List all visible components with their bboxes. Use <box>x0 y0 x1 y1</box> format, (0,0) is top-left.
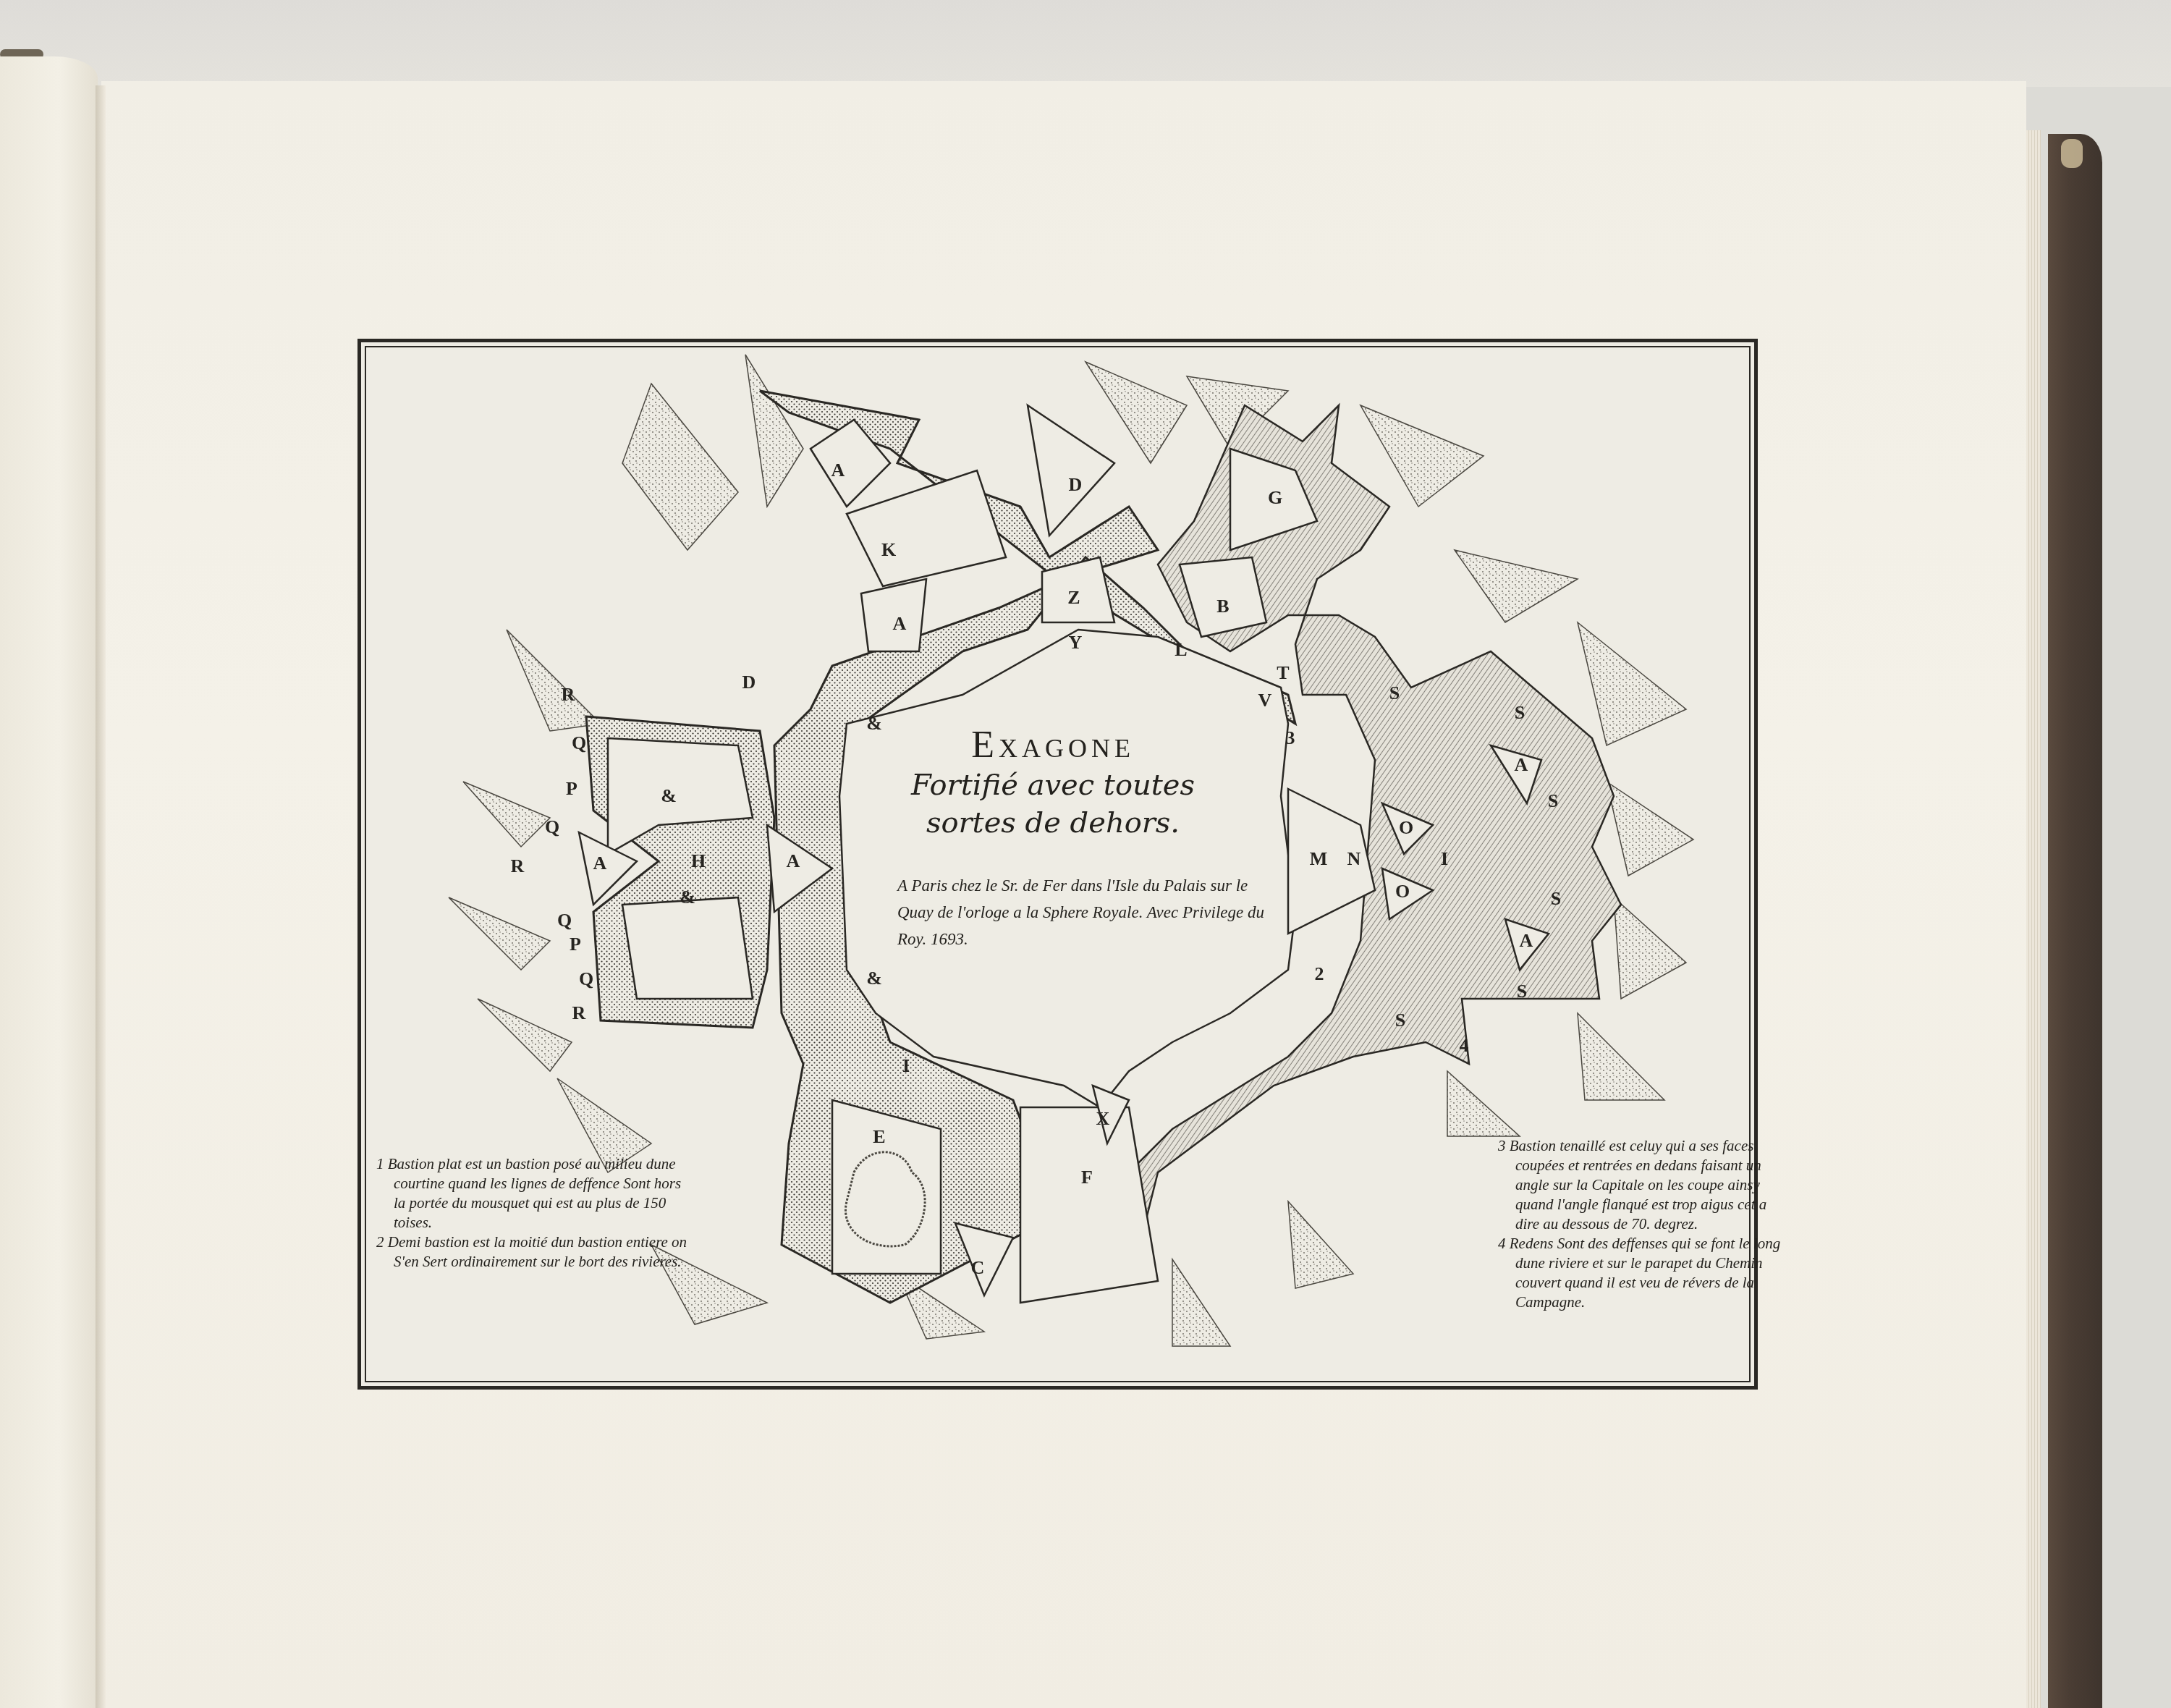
legend-item-number: 3 <box>1498 1137 1506 1154</box>
publisher-imprint: A Paris chez le Sr. de Fer dans l'Isle d… <box>897 872 1274 952</box>
fortification-plan <box>0 0 2171 1708</box>
legend-left: 1 Bastion plat est un bastion posé au mi… <box>376 1154 687 1272</box>
legend-item: 2 Demi bastion est la moitié dun bastion… <box>376 1233 687 1272</box>
plate-title: Exagone <box>836 724 1270 766</box>
plate-subtitle-line1: Fortifié avec toutes <box>836 766 1270 804</box>
map-label: C <box>971 1257 985 1279</box>
map-label: P <box>566 778 577 800</box>
legend-item-number: 1 <box>376 1155 384 1172</box>
map-label: Z <box>1067 587 1080 609</box>
map-label: L <box>1175 639 1187 661</box>
map-label: B <box>1216 596 1229 617</box>
map-label: 4 <box>1460 1035 1469 1057</box>
map-label: Y <box>1069 632 1083 654</box>
legend-item: 3 Bastion tenaillé est celuy qui a ses f… <box>1498 1136 1787 1234</box>
legend-item: 4 Redens Sont des deffenses qui se font … <box>1498 1234 1787 1312</box>
map-label: Q <box>572 732 586 754</box>
map-label: R <box>572 1002 586 1024</box>
plate-subtitle-line2: sortes de dehors. <box>836 804 1270 842</box>
map-label: T <box>1277 662 1289 684</box>
legend-item-number: 2 <box>376 1233 384 1251</box>
map-label: & <box>866 968 882 989</box>
map-label: A <box>593 853 607 874</box>
map-label: H <box>691 850 706 872</box>
legend-item-text: Demi bastion est la moitié dun bastion e… <box>388 1233 687 1270</box>
map-label: N <box>1347 848 1361 870</box>
map-label: I <box>1441 848 1448 870</box>
map-label: S <box>1517 981 1527 1002</box>
map-label: S <box>1515 702 1525 724</box>
legend-right: 3 Bastion tenaillé est celuy qui a ses f… <box>1498 1136 1787 1312</box>
map-label: A <box>1520 930 1533 952</box>
legend-item: 1 Bastion plat est un bastion posé au mi… <box>376 1154 687 1233</box>
map-label: Q <box>579 968 593 990</box>
map-label: E <box>873 1126 885 1148</box>
map-label: S <box>1395 1010 1405 1031</box>
map-label: V <box>1258 690 1272 711</box>
map-label: A <box>787 850 800 872</box>
map-label: I <box>902 1055 910 1077</box>
map-label: A <box>1515 754 1528 776</box>
legend-item-text: Redens Sont des deffenses qui se font le… <box>1510 1235 1780 1311</box>
plate-title-block: Exagone Fortifié avec toutes sortes de d… <box>836 724 1270 842</box>
map-label: S <box>1548 790 1558 812</box>
legend-item-text: Bastion plat est un bastion posé au mili… <box>388 1155 681 1231</box>
map-label: A <box>831 460 845 481</box>
map-label: X <box>1096 1108 1110 1130</box>
map-label: F <box>1081 1167 1093 1188</box>
map-label: Q <box>557 910 572 931</box>
map-label: 2 <box>1315 963 1324 985</box>
map-label: O <box>1395 881 1410 902</box>
map-label: 3 <box>1286 727 1295 749</box>
map-label: Q <box>545 816 559 838</box>
map-label: & <box>866 713 882 735</box>
legend-item-number: 4 <box>1498 1235 1506 1252</box>
legend-item-text: Bastion tenaillé est celuy qui a ses fac… <box>1510 1137 1767 1233</box>
map-label: P <box>570 934 581 955</box>
map-label: M <box>1310 848 1328 870</box>
map-label: A <box>893 613 907 635</box>
map-label: K <box>881 539 896 561</box>
map-label: D <box>742 672 756 693</box>
map-label: R <box>562 684 575 706</box>
map-label: & <box>680 887 695 908</box>
map-label: D <box>1069 474 1083 496</box>
map-label: S <box>1551 888 1561 910</box>
map-label: S <box>1389 682 1400 704</box>
map-label: O <box>1399 817 1413 839</box>
map-label: G <box>1268 487 1282 509</box>
map-label: & <box>661 785 677 807</box>
map-label: R <box>511 855 525 877</box>
